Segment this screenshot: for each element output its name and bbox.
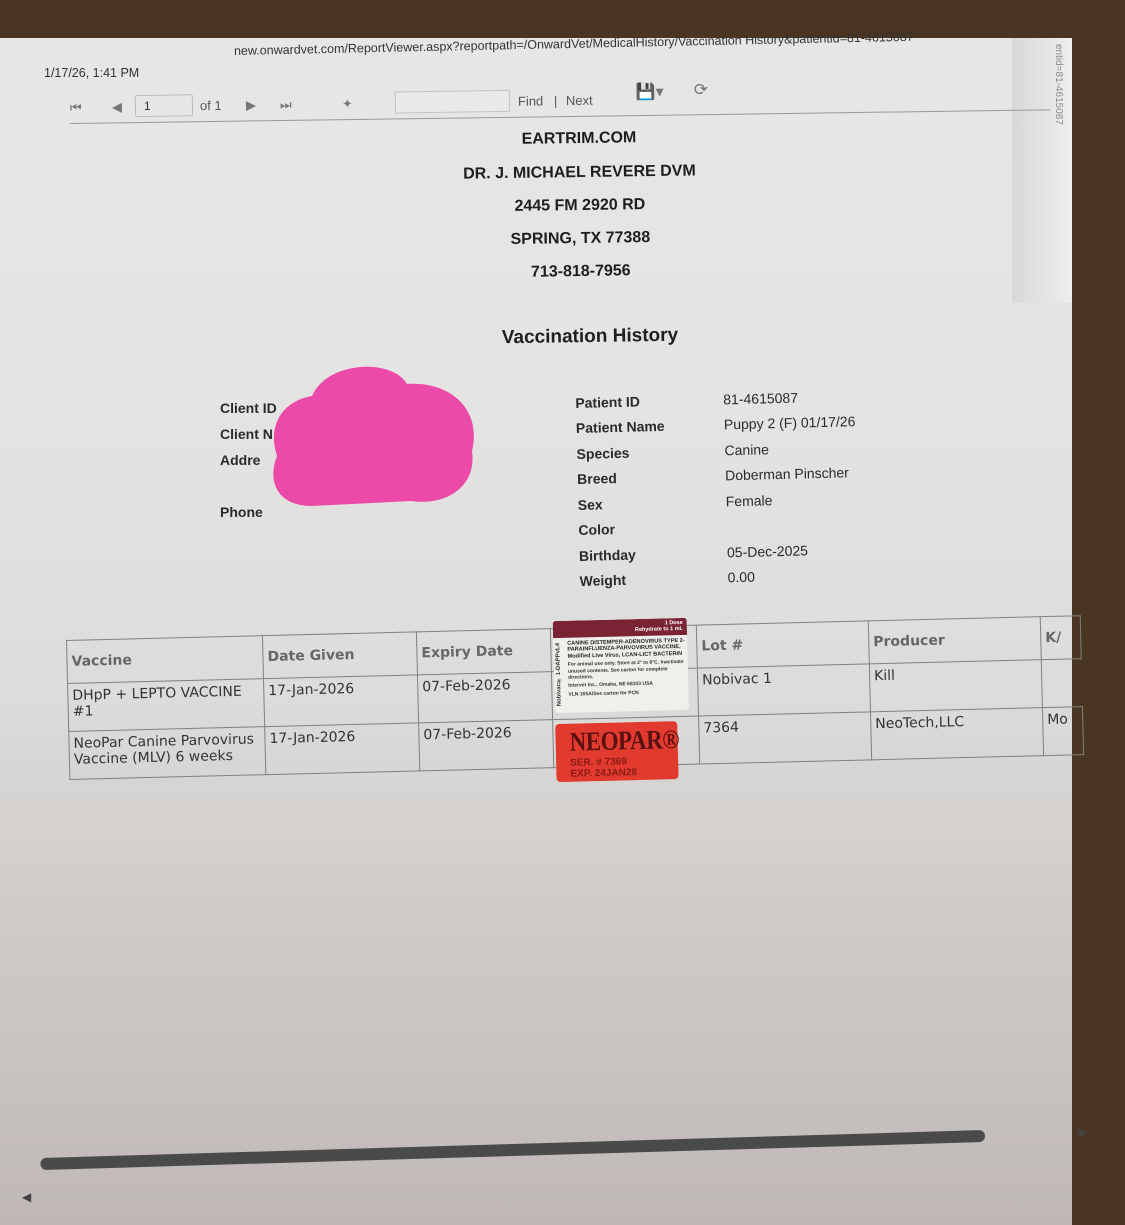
col-label: 1 Dose Rehydrate to 1 mL Nobivac® 1-DAPP…: [550, 625, 697, 672]
find-input[interactable]: [395, 90, 510, 114]
refresh-icon[interactable]: ⟳: [694, 80, 709, 100]
vaccination-table-wrap: Vaccine Date Given Expiry Date 1 Dose Re…: [66, 615, 1084, 780]
scroll-right-icon[interactable]: ▶: [1078, 1125, 1087, 1139]
neopar-brand: NEOPAR®: [569, 724, 679, 758]
patient-field-label: Patient ID: [575, 391, 723, 411]
cell-k: Kill: [869, 660, 1042, 712]
cell-expiry-date: 07-Feb-2026: [419, 720, 554, 771]
print-datetime: 1/17/26, 1:41 PM: [44, 66, 139, 80]
patient-field-label: Species: [576, 442, 724, 462]
page-count: of 1: [200, 98, 222, 113]
sticker-side-text: Nobivac® 1-DAPPvL4: [555, 643, 563, 706]
next-page-icon[interactable]: ▶: [246, 97, 256, 113]
col-k: K/: [1040, 616, 1081, 660]
prev-page-icon[interactable]: ◀: [112, 99, 122, 115]
col-date-given: Date Given: [262, 632, 417, 679]
last-page-icon[interactable]: ⏭: [280, 97, 292, 113]
vaccination-table: Vaccine Date Given Expiry Date 1 Dose Re…: [66, 615, 1084, 780]
sticker-title: CANINE DISTEMPER-ADENOVIRUS TYPE 2-PARAI…: [567, 638, 685, 660]
cell-date-given: 17-Jan-2026: [264, 675, 419, 727]
col-vaccine: Vaccine: [67, 636, 264, 684]
patient-field-label: Breed: [577, 468, 725, 488]
cell-vaccine: NeoPar Canine Parvovirus Vaccine (MLV) 6…: [69, 727, 266, 780]
client-name-label: Client N: [220, 426, 277, 452]
col-expiry-date: Expiry Date: [416, 629, 551, 675]
patient-field-label: Birthday: [579, 544, 727, 564]
clinic-address-line2: SPRING, TX 77388: [400, 227, 760, 265]
cell-expiry-date: 07-Feb-2026: [417, 672, 552, 723]
find-link[interactable]: Find: [518, 93, 544, 108]
neopar-serial-expiry: SER. # 7369 EXP. 24JAN28: [570, 756, 637, 780]
cell-k: Mo: [1042, 707, 1083, 756]
client-id-label: Client ID: [220, 400, 277, 426]
patient-field-value: 0.00: [727, 569, 755, 586]
cell-vaccine: DHpP + LEPTO VACCINE #1: [68, 679, 265, 732]
save-export-icon[interactable]: 💾▾: [636, 82, 664, 102]
cell-lot: 7364: [699, 712, 872, 764]
patient-field-value: Puppy 2 (F) 01/17/26: [724, 413, 856, 432]
patient-field-value: Canine: [724, 441, 769, 458]
patient-field-label: Weight: [579, 570, 727, 590]
patient-field-value: Female: [726, 492, 773, 509]
clinic-website: EARTRIM.COM: [399, 127, 759, 166]
cell-producer: Nobivac 1: [697, 664, 870, 716]
clinic-doctor: DR. J. MICHAEL REVERE DVM: [399, 161, 759, 199]
patient-field-value: 81-4615087: [723, 389, 798, 407]
patient-field-value: Doberman Pinscher: [725, 465, 849, 484]
patient-field-label: Color: [578, 519, 726, 539]
sticker-body: CANINE DISTEMPER-ADENOVIRUS TYPE 2-PARAI…: [567, 638, 686, 698]
back-icon[interactable]: ✦: [342, 96, 353, 112]
scroll-left-icon[interactable]: ◀: [22, 1190, 31, 1204]
patient-field-label: Sex: [578, 493, 726, 513]
patient-field-value: 05-Dec-2025: [727, 542, 808, 560]
first-page-icon[interactable]: ⏮: [70, 100, 82, 116]
sticker-band: 1 Dose Rehydrate to 1 mL: [553, 618, 687, 638]
sticker-fine-print-1: For animal use only. Store at 2° to 8°C.…: [568, 659, 686, 681]
patient-info: Patient ID81-4615087Patient NamePuppy 2 …: [575, 382, 910, 594]
find-next-link[interactable]: Next: [566, 93, 593, 108]
col-producer: Producer: [868, 617, 1041, 664]
cell-producer: NeoTech,LLC: [870, 708, 1043, 760]
client-info: Client ID Client N Addre Phone: [220, 400, 277, 530]
col-lot: Lot #: [696, 621, 869, 668]
patient-field-label: Patient Name: [576, 417, 724, 437]
cell-label: NEOPAR® SER. # 7369 EXP. 24JAN28: [553, 716, 700, 768]
neopar-expiry: EXP. 24JAN28: [570, 767, 637, 780]
clinic-phone: 713-818-7956: [401, 260, 761, 298]
find-separator: |: [554, 93, 558, 108]
neopar-vaccine-sticker: NEOPAR® SER. # 7369 EXP. 24JAN28: [555, 721, 678, 782]
edge-url-fragment: entid=81-4615087: [1053, 44, 1064, 125]
report-title: Vaccination History: [470, 324, 710, 349]
pink-redaction-blob: [272, 366, 477, 508]
underlying-page-edge: entid=81-4615087: [1012, 38, 1072, 303]
clinic-address-line1: 2445 FM 2920 RD: [400, 194, 760, 232]
cell-date-given: 17-Jan-2026: [265, 723, 420, 775]
page-number-input[interactable]: 1: [135, 94, 193, 117]
sticker-fine-print-3: VLN 165A/See carton for PCN: [568, 689, 686, 698]
clinic-header: EARTRIM.COM DR. J. MICHAEL REVERE DVM 24…: [399, 127, 761, 298]
client-phone-label: Phone: [220, 504, 277, 530]
client-address-label: Addre: [220, 452, 277, 478]
nobivac-vaccine-sticker: 1 Dose Rehydrate to 1 mL Nobivac® 1-DAPP…: [553, 618, 689, 713]
